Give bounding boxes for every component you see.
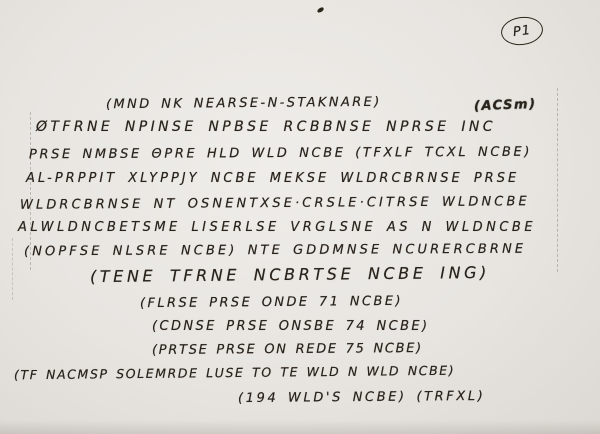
page-number-badge: P1 xyxy=(499,15,544,48)
header-side-note: (ACSm) xyxy=(474,97,537,114)
ink-speck xyxy=(316,7,324,14)
cipher-line-9: (CDNSE PRSE ONSBE 74 NCBE) xyxy=(152,319,430,334)
photocopy-dotted-line-left-lower xyxy=(12,238,13,300)
cipher-line-4: WLDRCBRNSE NT OSNENTXSE·CRSLE·CITRSE WLD… xyxy=(20,194,530,213)
cipher-line-10: (PRTSE PRSE ON REDE 75 NCBE) xyxy=(152,341,423,358)
header-title-line: (MND NK NEARSE-N-STAKNARE) xyxy=(106,95,382,112)
cipher-line-2: PRSE NMBSE ΘPRE HLD WLD NCBE (TFXLF TCXL… xyxy=(29,145,532,163)
cipher-line-3: AL-PRPPIT XLYPPJY NCBE MEKSE WLDRCBRNSE … xyxy=(26,171,519,186)
cipher-line-6: (NOPFSE NLSRE NCBE) NTE GDDMNSE NCURERCB… xyxy=(24,242,526,260)
cipher-line-11: (TF NACMSP SOLEMRDE LUSE TO TE WLD N WLD… xyxy=(14,363,455,383)
cipher-line-8: (FLRSE PRSE ONDE 71 NCBE) xyxy=(140,294,403,311)
cipher-line-7-emphasized: (TENE TFRNE NCBRTSE NCBE ING) xyxy=(90,263,490,286)
photocopy-dotted-line-right xyxy=(557,88,558,272)
scanned-page: P1 (MND NK NEARSE-N-STAKNARE) (ACSm) ØTF… xyxy=(0,0,600,434)
cipher-line-5: ALWLDNCBETSME LISERLSE VRGLSNE AS N WLDN… xyxy=(18,220,536,235)
cipher-line-12: (194 WLD'S NCBE) (TRFXL) xyxy=(238,389,485,406)
cipher-line-1: ØTFRNE NPINSE NPBSE RCBBNSE NPRSE INC xyxy=(36,119,496,135)
